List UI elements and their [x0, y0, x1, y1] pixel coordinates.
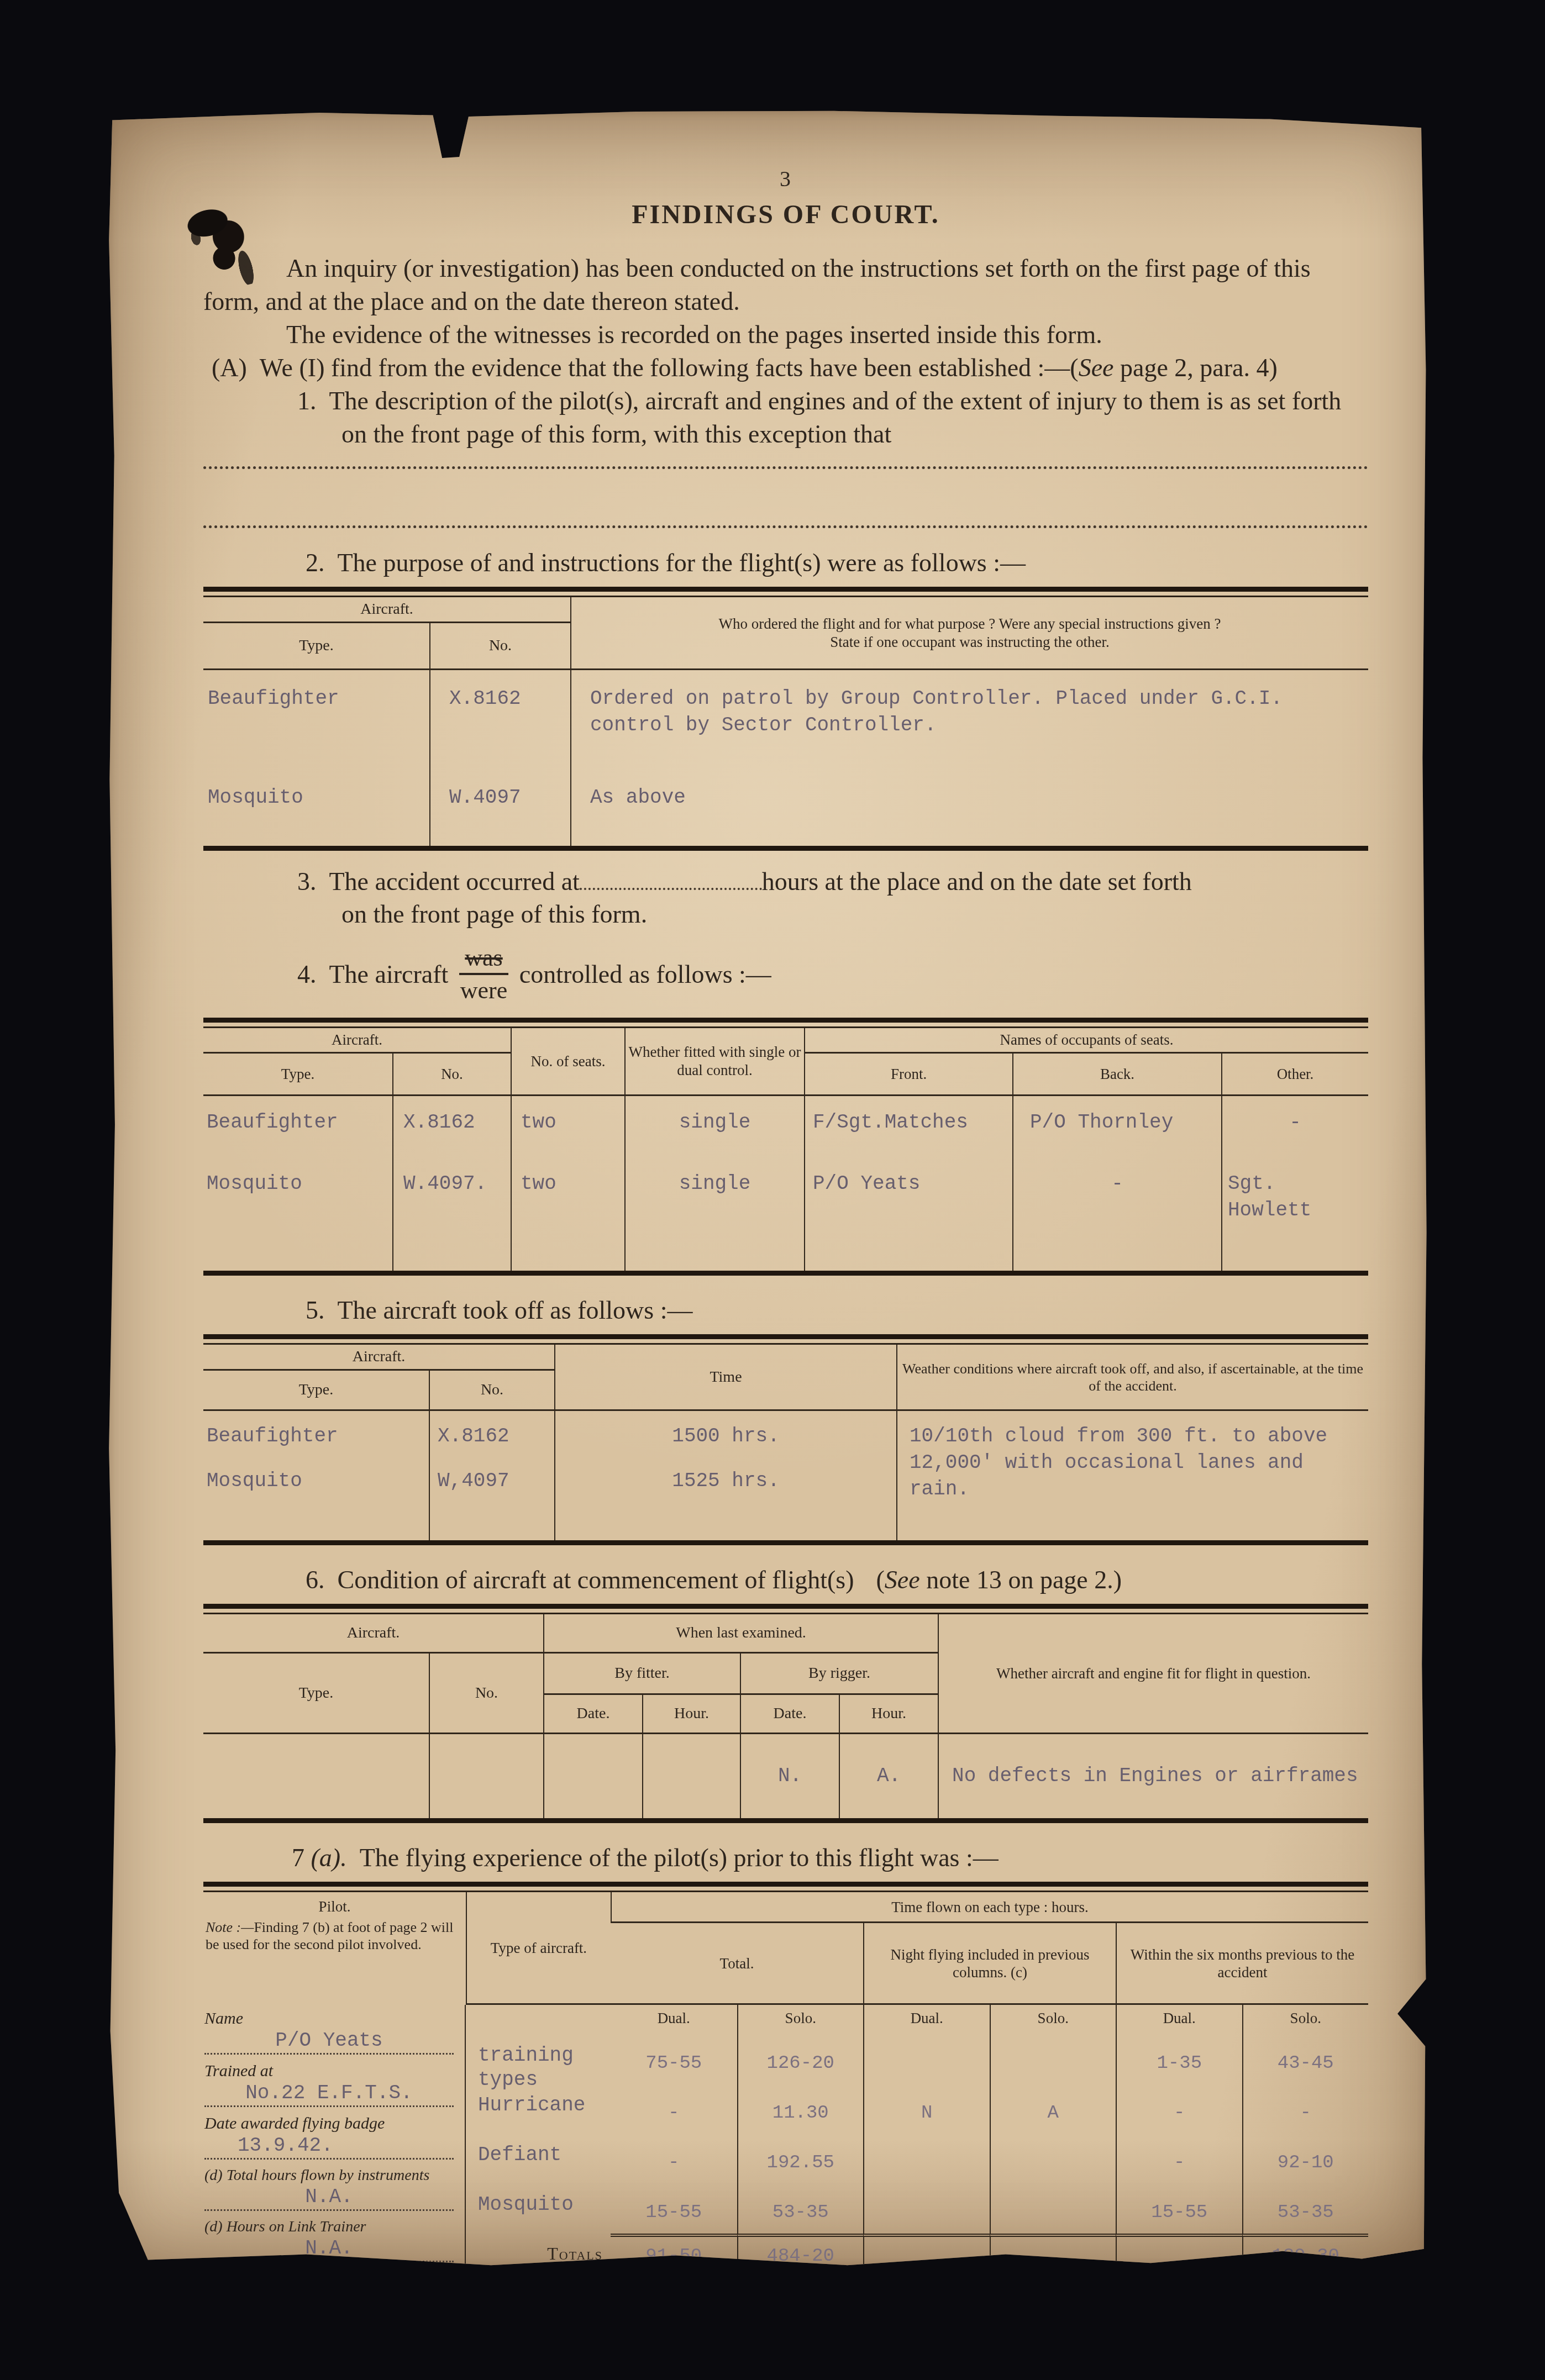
t2-row-mosquito: Mosquito W.4097 As above: [203, 769, 1368, 846]
t5-weather-header: Weather conditions where aircraft took o…: [897, 1344, 1368, 1410]
t5-no-value: X.8162: [429, 1410, 555, 1464]
t7-val: -: [611, 2084, 737, 2134]
t5-weather-value: 10/10th cloud from 300 ft. to above 12,0…: [897, 1410, 1368, 1541]
t7-type-row-defiant: Defiant: [466, 2134, 611, 2184]
section3-post-text: hours at the place and on the date set f…: [762, 867, 1192, 896]
t7-six-dual-header: Dual.: [1116, 2005, 1242, 2035]
t7-val: 126-20: [737, 2035, 864, 2084]
section4-number: 4.: [297, 960, 317, 989]
pilot-field-instrument-hours: (d) Total hours flown by instruments N.A…: [204, 2167, 454, 2211]
t4-front-value: P/O Yeats: [805, 1165, 1013, 1271]
t7-six-months-header: Within the six months previous to the ac…: [1116, 1923, 1368, 2005]
t4-aircraft-header: Aircraft.: [203, 1028, 511, 1053]
t4-names-header: Names of occupants of seats.: [805, 1028, 1368, 1053]
t7-val: [990, 2184, 1116, 2234]
t6-fitter-hour-value: [643, 1734, 740, 1819]
t7-val: [990, 2134, 1116, 2184]
t2-no-header: No.: [430, 623, 571, 670]
t7-val: N: [863, 2084, 990, 2134]
was-were-fraction: was were: [459, 944, 508, 1004]
t7-val: 75-55: [611, 2035, 737, 2084]
t6-rigger-header: By rigger.: [740, 1653, 938, 1694]
t4-seats-value: two: [511, 1165, 625, 1271]
t7-six-solo-header: Solo.: [1242, 2005, 1369, 2035]
t7-time-header: Time flown on each type : hours.: [611, 1892, 1368, 1923]
t5-type-value: Mosquito: [203, 1463, 429, 1540]
finding-item-1: 1. The description of the pilot(s), airc…: [203, 385, 1368, 451]
t7-totals-label: Totals: [466, 2234, 611, 2268]
section6-heading: 6. Condition of aircraft at commencement…: [203, 1564, 1368, 1596]
pilot-field-trained-at: Trained at No.22 E.F.T.S.: [204, 2062, 454, 2107]
section7-number: 7: [292, 1844, 304, 1872]
t4-no-value: W.4097.: [393, 1165, 511, 1271]
t7-pilot-note: Note :—Finding 7 (b) at foot of page 2 w…: [203, 1915, 466, 1953]
t2-type-header: Type.: [203, 623, 430, 670]
t5-no-value: W,4097: [429, 1463, 555, 1540]
t7-type-row-training: training types: [466, 2035, 611, 2084]
t7-val: -: [611, 2134, 737, 2184]
section4-post-text: controlled as follows :—: [519, 960, 771, 989]
t2-purpose-q2: State if one occupant was instructing th…: [574, 633, 1366, 651]
t7-total-solo-header: Solo.: [737, 2005, 864, 2035]
pilot-badge-label: Date awarded flying badge: [204, 2114, 454, 2133]
t6-fitter-date-value: [544, 1734, 643, 1819]
t7-pilot-label: Pilot.: [203, 1898, 466, 1915]
t7-val: [863, 2134, 990, 2184]
pilot-instruments-label: (d) Total hours flown by instruments: [204, 2167, 454, 2184]
pilot-link-trainer-value: N.A.: [204, 2237, 454, 2262]
pilot-field-link-trainer: (d) Hours on Link Trainer N.A.: [204, 2218, 454, 2262]
section7-heading: 7 (a). The flying experience of the pilo…: [203, 1842, 1368, 1874]
form-page: 3 FINDINGS OF COURT. An inquiry (or inve…: [108, 110, 1428, 2268]
t4-front-header: Front.: [805, 1053, 1013, 1096]
finding-a-tail: page 2, para. 4): [1114, 354, 1278, 382]
t7-val: [990, 2035, 1116, 2084]
t5-row-beaufighter: Beaufighter X.8162 1500 hrs. 10/10th clo…: [203, 1410, 1368, 1464]
scanned-document-photo: { "page_number": "3", "title": "FINDINGS…: [0, 0, 1545, 2380]
section2-title: The purpose of and instructions for the …: [338, 549, 1026, 577]
finding-a-line: (A) We (I) find from the evidence that t…: [203, 351, 1368, 385]
t5-no-header: No.: [429, 1370, 555, 1410]
t7-val: 53-35: [737, 2184, 864, 2234]
t7-total-val: 91-50: [611, 2234, 737, 2268]
t6-aircraft-header: Aircraft.: [203, 1614, 544, 1653]
t7-type-header: Type of aircraft.: [466, 1892, 611, 2005]
t6-rigger-date-header: Date.: [740, 1694, 839, 1734]
intro-block: An inquiry (or investigation) has been c…: [203, 252, 1368, 451]
blank-dotted-line-2: [203, 522, 1368, 528]
section4-line: 4. The aircraft was were controlled as f…: [203, 938, 1368, 1010]
t4-back-value: P/O Thornley: [1013, 1096, 1222, 1166]
page-title: FINDINGS OF COURT.: [203, 199, 1368, 230]
section3-line2: on the front page of this form.: [203, 898, 1368, 930]
section3-number: 3.: [297, 867, 317, 896]
blank-dotted-line-1: [203, 463, 1368, 469]
t7-note-label: Note :—: [206, 1919, 254, 1935]
section3-pre-text: The accident occurred at: [329, 867, 580, 896]
t5-time-value: 1500 hrs.: [555, 1410, 897, 1464]
section3-hours-blank: [580, 866, 762, 890]
t7-type-row-mosquito: Mosquito: [466, 2184, 611, 2234]
t4-back-value: -: [1013, 1165, 1222, 1271]
section5-title: The aircraft took off as follows :—: [338, 1296, 693, 1324]
section6-title: Condition of aircraft at commencement of…: [338, 1566, 854, 1594]
t5-time-value: 1525 hrs.: [555, 1463, 897, 1540]
t7-val: [863, 2184, 990, 2234]
t7-val: [863, 2035, 990, 2084]
pilot-badge-value: 13.9.42.: [204, 2134, 454, 2160]
section7-table: Pilot. Note :—Finding 7 (b) at foot of p…: [203, 1882, 1368, 2268]
t7-pilot-header: Pilot. Note :—Finding 7 (b) at foot of p…: [203, 1892, 466, 2005]
finding-a-label: (A): [212, 354, 247, 382]
t2-type-value: Beaufighter: [203, 670, 430, 770]
t7-val: -: [1242, 2084, 1369, 2134]
t7-val: -: [1116, 2084, 1242, 2134]
t7-val: 43-45: [1242, 2035, 1369, 2084]
t4-seats-header: No. of seats.: [511, 1028, 625, 1096]
t4-front-value: F/Sgt.Matches: [805, 1096, 1013, 1166]
t7-val: 15-55: [1116, 2184, 1242, 2234]
t2-aircraft-header: Aircraft.: [203, 597, 571, 623]
t5-aircraft-header: Aircraft.: [203, 1344, 555, 1370]
pilot-name-label: Name: [204, 2009, 454, 2028]
section6-see-note: (See note 13 on page 2.): [876, 1566, 1122, 1594]
page-number: 3: [203, 166, 1368, 192]
t7-val: 15-55: [611, 2184, 737, 2234]
pilot-name-value: P/O Yeats: [204, 2029, 454, 2055]
t6-no-header: No.: [429, 1653, 544, 1734]
t7-val: 92-10: [1242, 2134, 1369, 2184]
t7-total-val: 189-30: [1242, 2234, 1369, 2268]
t6-fit-header: Whether aircraft and engine fit for flig…: [938, 1614, 1368, 1734]
t6-fitter-hour-header: Hour.: [643, 1694, 740, 1734]
t7-total-dual-header: Dual.: [611, 2005, 737, 2035]
section2-table: Aircraft. Who ordered the flight and for…: [203, 587, 1368, 851]
t6-rigger-date-value: N.: [740, 1734, 839, 1819]
t2-no-value: W.4097: [430, 769, 571, 846]
t7-val: 11.30: [737, 2084, 864, 2134]
t2-purpose-value: Ordered on patrol by Group Controller. P…: [571, 670, 1368, 770]
t2-purpose-header: Who ordered the flight and for what purp…: [571, 597, 1368, 670]
t4-row-beaufighter: Beaufighter X.8162 two single F/Sgt.Matc…: [203, 1096, 1368, 1166]
t4-seats-value: two: [511, 1096, 625, 1166]
t4-type-value: Mosquito: [203, 1165, 393, 1271]
t2-type-value: Mosquito: [203, 769, 430, 846]
t6-when-header: When last examined.: [544, 1614, 938, 1653]
t4-other-header: Other.: [1222, 1053, 1368, 1096]
t5-type-value: Beaufighter: [203, 1410, 429, 1464]
section6-number: 6.: [306, 1566, 325, 1594]
t4-other-value: -: [1222, 1096, 1368, 1166]
section7-title: The flying experience of the pilot(s) pr…: [360, 1844, 999, 1872]
pilot-link-trainer-label: (d) Hours on Link Trainer: [204, 2218, 454, 2236]
t5-type-header: Type.: [203, 1370, 429, 1410]
t6-values-row: N. A. No defects in Engines or airframes: [203, 1734, 1368, 1819]
t4-type-value: Beaufighter: [203, 1096, 393, 1166]
t2-no-value: X.8162: [430, 670, 571, 770]
item1-number: 1.: [297, 387, 317, 415]
section4-pre-text: The aircraft: [329, 960, 449, 989]
pilot-instruments-value: N.A.: [204, 2186, 454, 2211]
section5-heading: 5. The aircraft took off as follows :—: [203, 1294, 1368, 1326]
t6-no-value: [429, 1734, 544, 1819]
t4-type-header: Type.: [203, 1053, 393, 1096]
section3-line: 3. The accident occurred athours at the …: [203, 865, 1368, 898]
t4-control-header: Whether fitted with single or dual contr…: [625, 1028, 805, 1096]
t6-fitter-date-header: Date.: [544, 1694, 643, 1734]
t7-total-val: [1116, 2234, 1242, 2268]
t2-purpose-q1: Who ordered the flight and for what purp…: [574, 615, 1366, 633]
t7-total-val: [990, 2234, 1116, 2268]
pilot-trained-label: Trained at: [204, 2062, 454, 2081]
intro-paragraph-2: The evidence of the witnesses is recorde…: [203, 318, 1368, 351]
t6-fitter-header: By fitter.: [544, 1653, 740, 1694]
t4-other-value: Sgt. Howlett: [1222, 1165, 1368, 1271]
were-word: were: [460, 975, 508, 1004]
section2-number: 2.: [306, 549, 325, 577]
t6-fit-value: No defects in Engines or airframes: [938, 1734, 1368, 1819]
pilot-field-name: Name P/O Yeats: [204, 2009, 454, 2055]
t4-no-value: X.8162: [393, 1096, 511, 1166]
t6-type-header: Type.: [203, 1653, 429, 1734]
t6-type-value: [203, 1734, 429, 1819]
t7-val: 192.55: [737, 2134, 864, 2184]
t6-rigger-hour-header: Hour.: [839, 1694, 938, 1734]
t7-pilot-details: Name P/O Yeats Trained at No.22 E.F.T.S.…: [203, 2005, 466, 2268]
section4-table: Aircraft. No. of seats. Whether fitted w…: [203, 1018, 1368, 1276]
t4-control-value: single: [625, 1096, 805, 1166]
t7-val: 1-35: [1116, 2035, 1242, 2084]
t7-total-val: [863, 2234, 990, 2268]
see-note-paren: (: [876, 1566, 885, 1594]
t4-row-mosquito: Mosquito W.4097. two single P/O Yeats - …: [203, 1165, 1368, 1271]
t2-row-beaufighter: Beaufighter X.8162 Ordered on patrol by …: [203, 670, 1368, 770]
see-note-tail: note 13 on page 2.): [920, 1566, 1122, 1594]
finding-a-text: We (I) find from the evidence that the f…: [260, 354, 1079, 382]
was-struck-out: was: [459, 944, 508, 975]
t7-val: -: [1116, 2134, 1242, 2184]
t7-val: 53-35: [1242, 2184, 1369, 2234]
intro-paragraph-1: An inquiry (or investigation) has been c…: [203, 252, 1368, 318]
t4-no-header: No.: [393, 1053, 511, 1096]
section2-heading: 2. The purpose of and instructions for t…: [203, 547, 1368, 579]
finding-a-see: See: [1079, 354, 1114, 382]
section6-table: Aircraft. When last examined. Whether ai…: [203, 1604, 1368, 1823]
t7-type-row-hurricane: Hurricane: [466, 2084, 611, 2134]
pilot-field-badge-date: Date awarded flying badge 13.9.42.: [204, 2114, 454, 2160]
see-note-see: See: [885, 1566, 920, 1594]
t4-control-value: single: [625, 1165, 805, 1271]
t7-total-val: 484-20: [737, 2234, 864, 2268]
t7-night-header: Night flying included in previous column…: [863, 1923, 1116, 2005]
section7-a-label: (a).: [311, 1844, 347, 1872]
t7-night-solo-header: Solo.: [990, 2005, 1116, 2035]
t6-rigger-hour-value: A.: [839, 1734, 938, 1819]
t7-night-dual-header: Dual.: [863, 2005, 990, 2035]
t2-purpose-value: As above: [571, 769, 1368, 846]
t5-time-header: Time: [555, 1344, 897, 1410]
t7-total-header: Total.: [611, 1923, 863, 2005]
item1-text: The description of the pilot(s), aircraf…: [329, 387, 1342, 448]
pilot-trained-value: No.22 E.F.T.S.: [204, 2082, 454, 2107]
t7-val: A: [990, 2084, 1116, 2134]
t4-back-header: Back.: [1013, 1053, 1222, 1096]
section5-number: 5.: [306, 1296, 325, 1324]
section5-table: Aircraft. Time Weather conditions where …: [203, 1334, 1368, 1545]
